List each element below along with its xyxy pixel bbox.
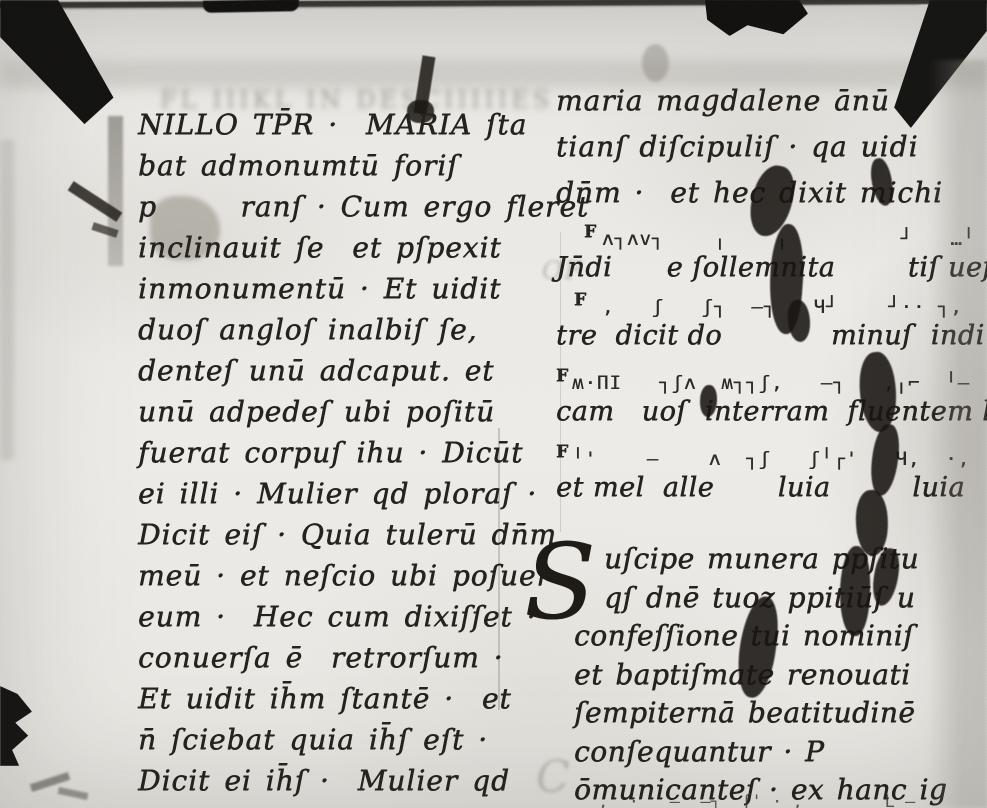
- text-line: Dicit ei ih̄ſ · Mulier qd: [138, 760, 542, 801]
- left-edge-damage: [0, 686, 32, 766]
- text-line: inclinauit ſe et pſpexit: [138, 227, 542, 268]
- left-text-column: NILLO TP̄R · MARIA ſta bat admonumtū for…: [138, 104, 542, 801]
- right-text-column-prayer: uſcipe munera ppſitu qſ dnē tuoz ppitiūſ…: [574, 540, 984, 808]
- chant-text: cam uoſ interram fluentem la: [556, 396, 984, 428]
- chant-line: F ╵' – ʌ ┐ʃ ʃ╵┌' Ч, ·, ˙┐ et mel alle lu…: [556, 446, 984, 504]
- text-line: uſcipe munera ppſitu: [574, 540, 984, 579]
- top-edge-repair-mark: [696, 0, 808, 36]
- text-line: n̄ ſciebat quia ih̄ſ eſt ·: [138, 719, 542, 760]
- page-curvature-shadow: [928, 60, 987, 808]
- text-line: meū · et neſcio ubi poſuer: [138, 555, 542, 596]
- text-line: p ranſ · Cum ergo fleret: [138, 186, 542, 227]
- chant-line: F ʍ·ПΙ ┐ʃʌ ʍ┐┐ʃ, –┐ ,╷⌐ ╵– ʌ cam uoſ int…: [556, 370, 984, 428]
- chant-text: et mel alle luia luia: [556, 472, 984, 504]
- left-edge-lightening: [0, 140, 14, 460]
- clipped-neume-fragment: , · – –┐ ʃ' · , L –: [598, 792, 915, 808]
- text-line: et baptiſmate renouati: [574, 656, 984, 695]
- chant-text: tre dicit do minuſ indi: [556, 320, 984, 352]
- margin-smudge: [58, 787, 89, 800]
- text-line: NILLO TP̄R · MARIA ſta: [138, 104, 542, 145]
- top-edge-mark: [203, 0, 299, 13]
- text-line: eum · Hec cum dixiſſet ·: [138, 596, 542, 637]
- text-line: qſ dnē tuoz ppitiūſ u: [574, 579, 984, 618]
- faded-initial-i: [108, 116, 123, 266]
- text-line: fuerat corpuſ ihu · Dicūt: [138, 432, 542, 473]
- text-line: conſequantur · P: [574, 733, 984, 772]
- text-line: ei illi · Mulier qd ploraſ ·: [138, 473, 542, 514]
- text-line: ſempiternā beatitudinē: [574, 694, 984, 733]
- text-line: Dicit eiſ · Quia tulerū dn̄m: [138, 514, 542, 555]
- text-line: inmonumentū · Et uidit: [138, 268, 542, 309]
- text-line: unū adpedeſ ubi poſitū: [138, 391, 542, 432]
- text-line: Et uidit ih̄m ſtantē · et: [138, 678, 542, 719]
- text-line: conuerſa ē retrorſum ·: [138, 637, 542, 678]
- text-line: duoſ angloſ inalbiſ ſe,: [138, 309, 542, 350]
- neume-row: ʍ·ПΙ ┐ʃʌ ʍ┐┐ʃ, –┐ ,╷⌐ ╵– ʌ: [556, 370, 984, 396]
- neume-row: ╵' – ʌ ┐ʃ ʃ╵┌' Ч, ·, ˙┐: [556, 446, 984, 472]
- manuscript-page-photo: FL IIIKL IN DESCIIIIIES OF C NILLO TP̄R …: [0, 0, 987, 808]
- text-line: bat admonumtū foriſ: [138, 145, 542, 186]
- text-line: denteſ unū adcaput. et: [138, 350, 542, 391]
- text-line: tianſ diſcipuliſ · qa uidi: [556, 124, 980, 170]
- gray-stain: [642, 44, 669, 82]
- text-line: confeſſione tui nominiſ: [574, 617, 984, 656]
